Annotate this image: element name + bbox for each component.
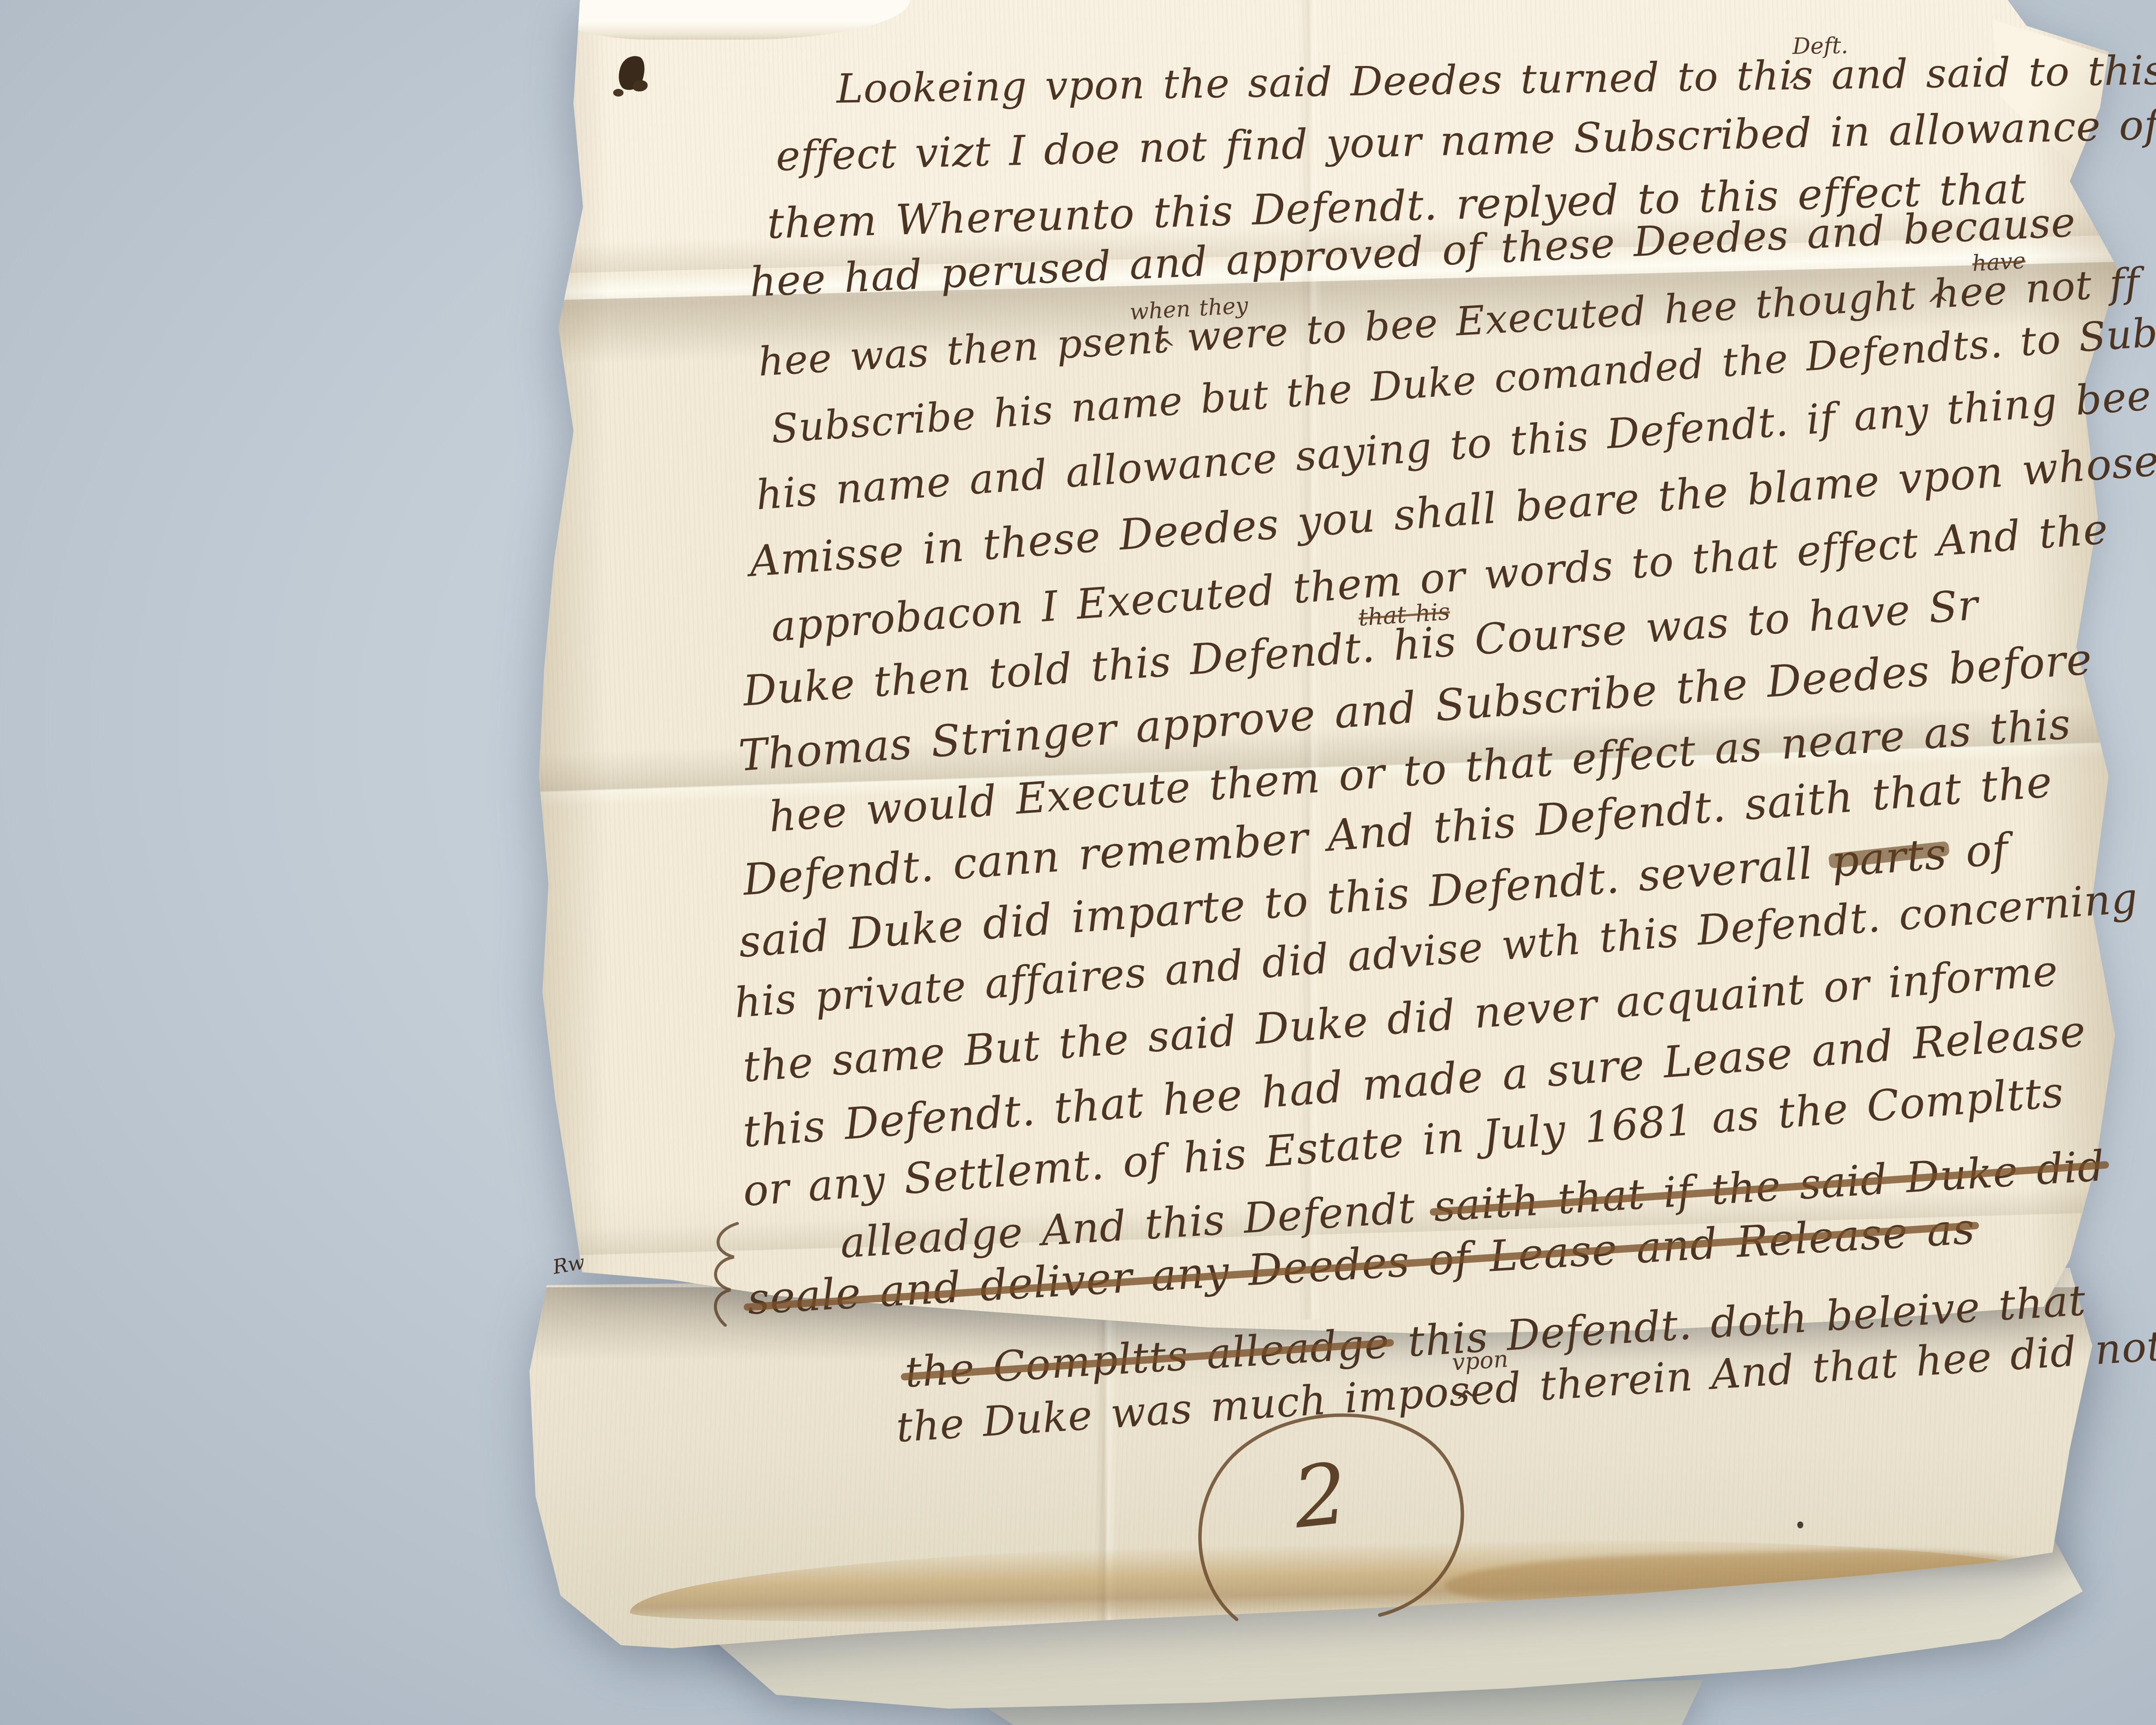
caret-mark: ^: [1925, 287, 1952, 322]
top-edge-curl: [539, 0, 910, 40]
interlinear-insertion: Deft.: [1792, 33, 1848, 60]
line-text: of: [1945, 824, 2010, 878]
photo-canvas: { "meta": { "description": "Photograph o…: [0, 0, 2156, 1725]
ink-blot-lobe: [633, 80, 648, 91]
interlinear-insertion: have: [1971, 248, 2026, 276]
struck-text: parts: [1830, 828, 1949, 887]
caret-mark: ^: [1152, 332, 1178, 367]
caret-mark: ^: [1454, 1384, 1481, 1420]
left-edge-shading: [535, 0, 608, 1337]
caret-mark: ^: [1786, 69, 1811, 103]
interlinear-insertion: vpon: [1451, 1346, 1509, 1376]
page-number: 2: [1288, 1444, 1352, 1547]
ink-speck: [613, 89, 624, 97]
ink-speck-bottom: [1797, 1521, 1803, 1528]
page-number-flourish: 2: [1164, 1395, 1509, 1637]
paragraph-flourish-icon: [698, 1218, 754, 1335]
